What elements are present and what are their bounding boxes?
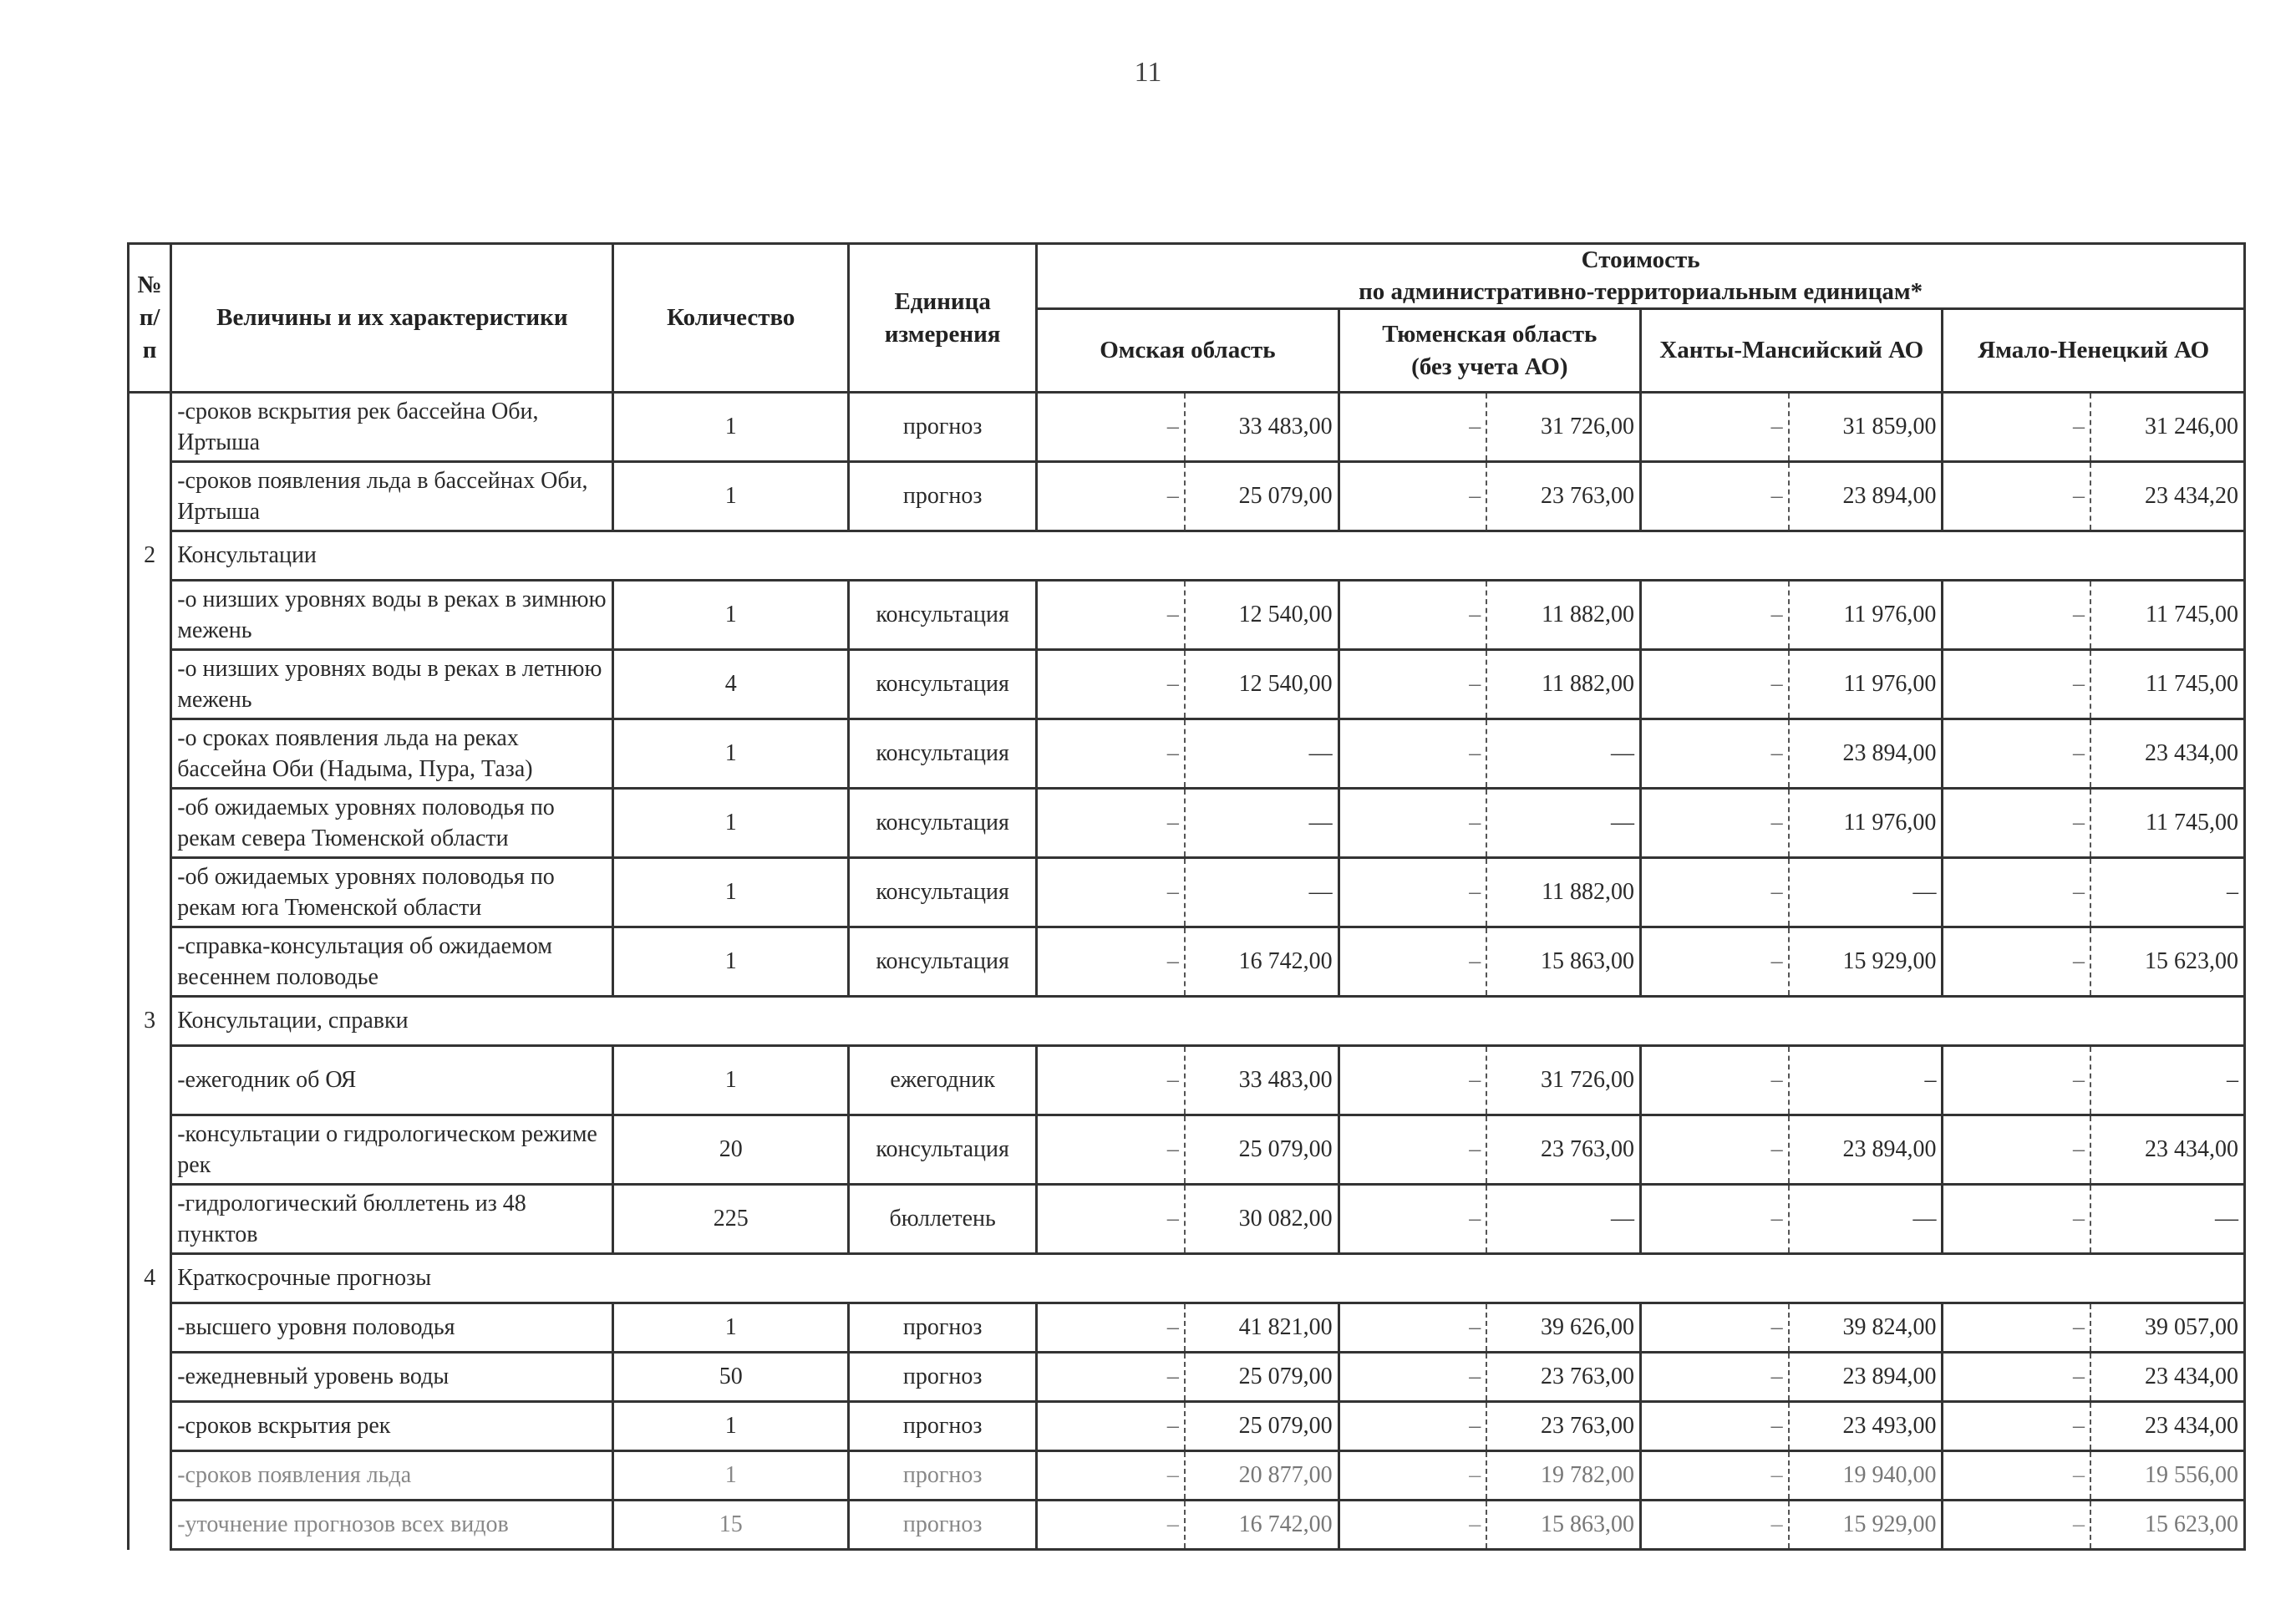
item-quantity: 1 — [613, 858, 849, 927]
item-quantity: 1 — [613, 581, 849, 650]
cost-value: 15 623,00 — [2090, 1501, 2244, 1550]
dash-marker: – — [1338, 650, 1486, 719]
cost-value: 25 079,00 — [1185, 1353, 1338, 1402]
dash-marker: – — [1641, 789, 1789, 858]
row-number — [129, 1185, 171, 1254]
cost-value: 39 057,00 — [2090, 1303, 2244, 1353]
table-row: -консультации о гидрологическом режиме р… — [129, 1115, 2245, 1185]
dash-marker: – — [1943, 927, 2090, 997]
item-unit: консультация — [849, 789, 1037, 858]
dash-marker: – — [1037, 789, 1185, 858]
row-number — [129, 650, 171, 719]
cost-value: 23 763,00 — [1486, 1402, 1640, 1451]
table-row: -об ожидаемых уровнях половодья по рекам… — [129, 858, 2245, 927]
cost-value: — — [1185, 719, 1338, 789]
cost-value: — — [1185, 789, 1338, 858]
header-region-omsk: Омская область — [1037, 309, 1338, 393]
dash-marker: – — [1641, 927, 1789, 997]
dash-marker: – — [1641, 1353, 1789, 1402]
row-number — [129, 581, 171, 650]
cost-value: 11 882,00 — [1486, 650, 1640, 719]
header-region-khmao: Ханты-Мансийский АО — [1641, 309, 1943, 393]
cost-value: 15 623,00 — [2090, 927, 2244, 997]
item-quantity: 1 — [613, 1402, 849, 1451]
dash-marker: – — [1338, 1185, 1486, 1254]
item-unit: прогноз — [849, 1402, 1037, 1451]
row-number — [129, 719, 171, 789]
cost-value: 15 863,00 — [1486, 927, 1640, 997]
dash-marker: – — [1943, 581, 2090, 650]
item-name: -сроков появления льда в бассейнах Оби, … — [171, 462, 613, 531]
item-quantity: 50 — [613, 1353, 849, 1402]
dash-marker: – — [1338, 719, 1486, 789]
cost-value: 19 782,00 — [1486, 1451, 1640, 1501]
item-unit: прогноз — [849, 1451, 1037, 1501]
item-quantity: 20 — [613, 1115, 849, 1185]
dash-marker: – — [1037, 581, 1185, 650]
dash-marker: – — [1338, 858, 1486, 927]
cost-value: 23 434,20 — [2090, 462, 2244, 531]
header-unit: Единица измерения — [849, 244, 1037, 393]
table-body: -сроков вскрытия рек бассейна Оби, Иртыш… — [129, 393, 2245, 1550]
dash-marker: – — [1641, 393, 1789, 462]
cost-value: 41 821,00 — [1185, 1303, 1338, 1353]
dash-marker: – — [1338, 1402, 1486, 1451]
cost-value: 20 877,00 — [1185, 1451, 1338, 1501]
cost-value: 39 626,00 — [1486, 1303, 1640, 1353]
cost-table: № п/п Величины и их характеристики Колич… — [127, 242, 2246, 1551]
cost-value: 23 763,00 — [1486, 1115, 1640, 1185]
item-name: -ежедневный уровень воды — [171, 1353, 613, 1402]
dash-marker: – — [1943, 1046, 2090, 1115]
dash-marker: – — [1037, 1046, 1185, 1115]
item-unit: бюллетень — [849, 1185, 1037, 1254]
dash-marker: – — [1943, 393, 2090, 462]
dash-marker: – — [1338, 393, 1486, 462]
item-name: -уточнение прогнозов всех видов — [171, 1501, 613, 1550]
cost-value: 12 540,00 — [1185, 650, 1338, 719]
dash-marker: – — [1338, 1353, 1486, 1402]
cost-value: 23 493,00 — [1789, 1402, 1943, 1451]
section-title: Консультации — [171, 531, 2245, 581]
dash-marker: – — [1943, 1353, 2090, 1402]
cost-value: 11 976,00 — [1789, 789, 1943, 858]
item-name: -о низших уровнях воды в реках в летнюю … — [171, 650, 613, 719]
dash-marker: – — [1338, 1303, 1486, 1353]
dash-marker: – — [1338, 1451, 1486, 1501]
table-row: -об ожидаемых уровнях половодья по рекам… — [129, 789, 2245, 858]
item-quantity: 1 — [613, 719, 849, 789]
table-row: -уточнение прогнозов всех видов15прогноз… — [129, 1501, 2245, 1550]
table-row: -гидрологический бюллетень из 48 пунктов… — [129, 1185, 2245, 1254]
item-quantity: 1 — [613, 927, 849, 997]
item-unit: консультация — [849, 858, 1037, 927]
cost-value: 30 082,00 — [1185, 1185, 1338, 1254]
table-row: -высшего уровня половодья1прогноз–41 821… — [129, 1303, 2245, 1353]
row-number — [129, 1353, 171, 1402]
dash-marker: – — [1037, 858, 1185, 927]
cost-value: 15 863,00 — [1486, 1501, 1640, 1550]
dash-marker: – — [1641, 1303, 1789, 1353]
item-name: -об ожидаемых уровнях половодья по рекам… — [171, 789, 613, 858]
row-number — [129, 927, 171, 997]
dash-marker: – — [1338, 462, 1486, 531]
cost-value: 23 434,00 — [2090, 1353, 2244, 1402]
dash-marker: – — [1037, 393, 1185, 462]
item-unit: прогноз — [849, 1303, 1037, 1353]
table-row: -справка-консультация об ожидаемом весен… — [129, 927, 2245, 997]
row-number: 2 — [129, 531, 171, 581]
row-number — [129, 1451, 171, 1501]
row-number — [129, 789, 171, 858]
row-number — [129, 1115, 171, 1185]
item-quantity: 1 — [613, 1451, 849, 1501]
item-unit: прогноз — [849, 393, 1037, 462]
dash-marker: – — [1943, 462, 2090, 531]
cost-value: 25 079,00 — [1185, 462, 1338, 531]
item-unit: консультация — [849, 650, 1037, 719]
header-region-yanao: Ямало-Ненецкий АО — [1943, 309, 2245, 393]
cost-value: 25 079,00 — [1185, 1402, 1338, 1451]
dash-marker: – — [1943, 789, 2090, 858]
cost-value: – — [1789, 1046, 1943, 1115]
row-number: 3 — [129, 997, 171, 1046]
cost-value: 23 434,00 — [2090, 719, 2244, 789]
dash-marker: – — [1641, 650, 1789, 719]
dash-marker: – — [1943, 1402, 2090, 1451]
row-number — [129, 393, 171, 462]
cost-value: 31 726,00 — [1486, 393, 1640, 462]
dash-marker: – — [1641, 581, 1789, 650]
item-quantity: 1 — [613, 1303, 849, 1353]
cost-value: 31 726,00 — [1486, 1046, 1640, 1115]
item-name: -гидрологический бюллетень из 48 пунктов — [171, 1185, 613, 1254]
dash-marker: – — [1943, 1303, 2090, 1353]
cost-value: — — [1789, 1185, 1943, 1254]
item-unit: ежегодник — [849, 1046, 1037, 1115]
item-quantity: 225 — [613, 1185, 849, 1254]
dash-marker: – — [1943, 1185, 2090, 1254]
section-title: Консультации, справки — [171, 997, 2245, 1046]
table-row: -сроков вскрытия рек1прогноз–25 079,00–2… — [129, 1402, 2245, 1451]
cost-value: — — [2090, 1185, 2244, 1254]
row-number: 4 — [129, 1254, 171, 1303]
cost-value: 16 742,00 — [1185, 927, 1338, 997]
dash-marker: – — [1641, 1185, 1789, 1254]
item-name: -справка-консультация об ожидаемом весен… — [171, 927, 613, 997]
cost-value: 11 976,00 — [1789, 650, 1943, 719]
dash-marker: – — [1037, 1185, 1185, 1254]
dash-marker: – — [1037, 1303, 1185, 1353]
item-name: -сроков вскрытия рек — [171, 1402, 613, 1451]
row-number — [129, 858, 171, 927]
cost-value: 33 483,00 — [1185, 393, 1338, 462]
table-row: -сроков вскрытия рек бассейна Оби, Иртыш… — [129, 393, 2245, 462]
item-quantity: 1 — [613, 393, 849, 462]
dash-marker: – — [1641, 858, 1789, 927]
dash-marker: – — [1943, 719, 2090, 789]
item-name: -сроков вскрытия рек бассейна Оби, Иртыш… — [171, 393, 613, 462]
dash-marker: – — [1641, 719, 1789, 789]
cost-value: 23 763,00 — [1486, 1353, 1640, 1402]
item-quantity: 1 — [613, 789, 849, 858]
item-name: -о сроках появления льда на реках бассей… — [171, 719, 613, 789]
cost-value: 11 745,00 — [2090, 650, 2244, 719]
cost-value: 11 976,00 — [1789, 581, 1943, 650]
item-name: -консультации о гидрологическом режиме р… — [171, 1115, 613, 1185]
dash-marker: – — [1943, 1451, 2090, 1501]
dash-marker: – — [1037, 1115, 1185, 1185]
section-row: 3Консультации, справки — [129, 997, 2245, 1046]
item-quantity: 15 — [613, 1501, 849, 1550]
cost-value: 11 882,00 — [1486, 858, 1640, 927]
cost-value: 15 929,00 — [1789, 1501, 1943, 1550]
item-name: -сроков появления льда — [171, 1451, 613, 1501]
dash-marker: – — [1037, 1501, 1185, 1550]
cost-value: 23 894,00 — [1789, 719, 1943, 789]
cost-value: 25 079,00 — [1185, 1115, 1338, 1185]
row-number — [129, 1303, 171, 1353]
item-quantity: 4 — [613, 650, 849, 719]
item-unit: прогноз — [849, 462, 1037, 531]
dash-marker: – — [1943, 650, 2090, 719]
cost-value: 11 745,00 — [2090, 789, 2244, 858]
item-unit: консультация — [849, 581, 1037, 650]
table-row: -сроков появления льда в бассейнах Оби, … — [129, 462, 2245, 531]
dash-marker: – — [1641, 1451, 1789, 1501]
cost-value: 31 859,00 — [1789, 393, 1943, 462]
dash-marker: – — [1641, 1501, 1789, 1550]
table-row: -о низших уровнях воды в реках в летнюю … — [129, 650, 2245, 719]
item-name: -об ожидаемых уровнях половодья по рекам… — [171, 858, 613, 927]
row-number — [129, 1402, 171, 1451]
dash-marker: – — [1338, 927, 1486, 997]
dash-marker: – — [1338, 789, 1486, 858]
item-quantity: 1 — [613, 462, 849, 531]
dash-marker: – — [1037, 1402, 1185, 1451]
dash-marker: – — [1641, 462, 1789, 531]
cost-value: 11 745,00 — [2090, 581, 2244, 650]
item-quantity: 1 — [613, 1046, 849, 1115]
dash-marker: – — [1943, 858, 2090, 927]
cost-value: 33 483,00 — [1185, 1046, 1338, 1115]
cost-value: — — [1185, 858, 1338, 927]
item-unit: консультация — [849, 719, 1037, 789]
cost-value: 31 246,00 — [2090, 393, 2244, 462]
header-num: № п/п — [129, 244, 171, 393]
dash-marker: – — [1943, 1501, 2090, 1550]
table-row: -о сроках появления льда на реках бассей… — [129, 719, 2245, 789]
table-row: -ежедневный уровень воды50прогноз–25 079… — [129, 1353, 2245, 1402]
cost-value: 19 556,00 — [2090, 1451, 2244, 1501]
item-unit: прогноз — [849, 1353, 1037, 1402]
dash-marker: – — [1338, 1501, 1486, 1550]
item-name: -о низших уровнях воды в реках в зимнюю … — [171, 581, 613, 650]
table-row: -сроков появления льда1прогноз–20 877,00… — [129, 1451, 2245, 1501]
dash-marker: – — [1641, 1115, 1789, 1185]
dash-marker: – — [1037, 1451, 1185, 1501]
cost-value: 11 882,00 — [1486, 581, 1640, 650]
header-qty: Количество — [613, 244, 849, 393]
cost-value: 39 824,00 — [1789, 1303, 1943, 1353]
dash-marker: – — [1641, 1402, 1789, 1451]
item-name: -высшего уровня половодья — [171, 1303, 613, 1353]
cost-value: 12 540,00 — [1185, 581, 1338, 650]
header-region-tyumen: Тюменская область (без учета АО) — [1338, 309, 1640, 393]
cost-value: 23 894,00 — [1789, 1115, 1943, 1185]
dash-marker: – — [1037, 719, 1185, 789]
dash-marker: – — [1338, 1046, 1486, 1115]
item-unit: прогноз — [849, 1501, 1037, 1550]
dash-marker: – — [1943, 1115, 2090, 1185]
item-name: -ежегодник об ОЯ — [171, 1046, 613, 1115]
cost-value: 23 894,00 — [1789, 462, 1943, 531]
page-number: 11 — [1135, 57, 1162, 89]
dash-marker: – — [1338, 1115, 1486, 1185]
section-title: Краткосрочные прогнозы — [171, 1254, 2245, 1303]
item-unit: консультация — [849, 1115, 1037, 1185]
dash-marker: – — [1641, 1046, 1789, 1115]
cost-value: – — [2090, 858, 2244, 927]
section-row: 4Краткосрочные прогнозы — [129, 1254, 2245, 1303]
dash-marker: – — [1037, 927, 1185, 997]
header-cost-group: Стоимость по административно-территориал… — [1037, 244, 2245, 309]
cost-value: 15 929,00 — [1789, 927, 1943, 997]
dash-marker: – — [1037, 462, 1185, 531]
cost-value: 23 434,00 — [2090, 1402, 2244, 1451]
dash-marker: – — [1037, 1353, 1185, 1402]
row-number — [129, 1501, 171, 1550]
table-row: -о низших уровнях воды в реках в зимнюю … — [129, 581, 2245, 650]
dash-marker: – — [1338, 581, 1486, 650]
row-number — [129, 462, 171, 531]
cost-value: 19 940,00 — [1789, 1451, 1943, 1501]
header-name: Величины и их характеристики — [171, 244, 613, 393]
section-row: 2Консультации — [129, 531, 2245, 581]
dash-marker: – — [1037, 650, 1185, 719]
table-row: -ежегодник об ОЯ1ежегодник–33 483,00–31 … — [129, 1046, 2245, 1115]
row-number — [129, 1046, 171, 1115]
cost-value: – — [2090, 1046, 2244, 1115]
cost-value: — — [1486, 789, 1640, 858]
cost-value: 23 434,00 — [2090, 1115, 2244, 1185]
cost-value: — — [1486, 1185, 1640, 1254]
cost-value: 16 742,00 — [1185, 1501, 1338, 1550]
item-unit: консультация — [849, 927, 1037, 997]
cost-value: — — [1789, 858, 1943, 927]
cost-value: 23 894,00 — [1789, 1353, 1943, 1402]
cost-value: — — [1486, 719, 1640, 789]
cost-value: 23 763,00 — [1486, 462, 1640, 531]
